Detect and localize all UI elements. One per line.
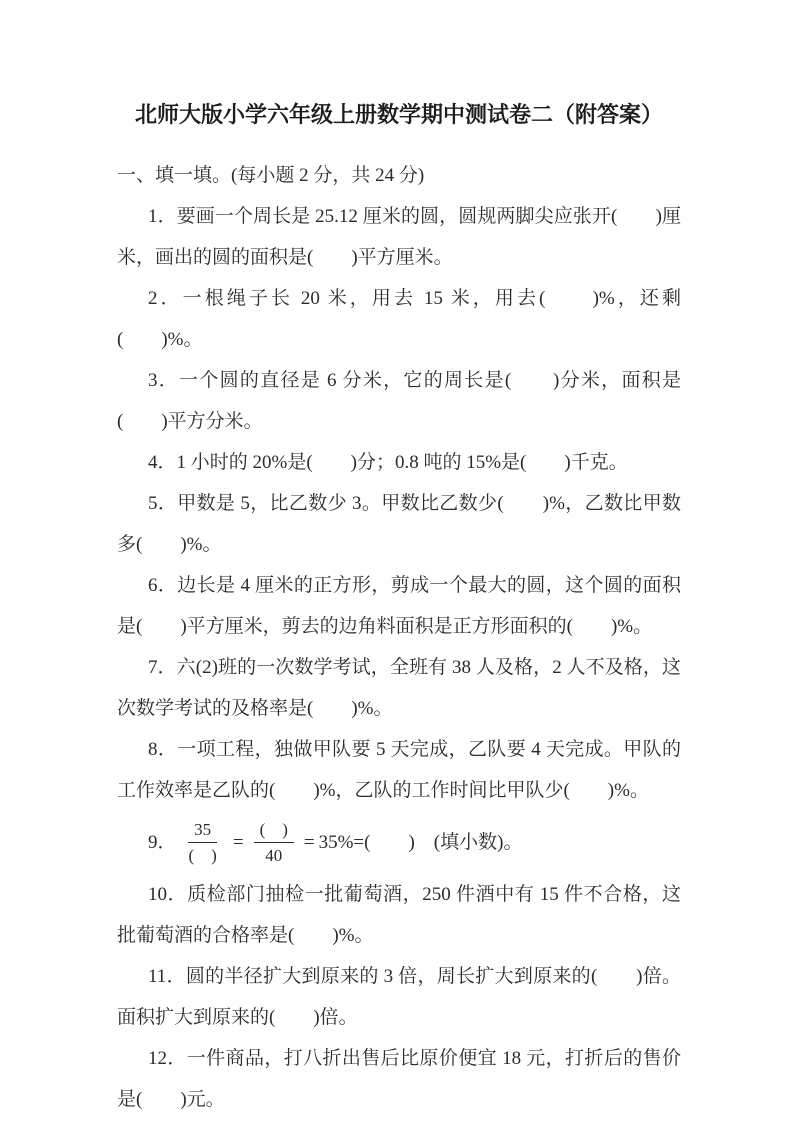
question-11: 11．圆的半径扩大到原来的 3 倍，周长扩大到原来的( )倍。面积扩大到原来的(… (117, 956, 681, 1038)
question-7: 7．六(2)班的一次数学考试，全班有 38 人及格，2 人不及格，这次数学考试的… (117, 647, 681, 729)
fraction-2-denominator: 40 (259, 843, 288, 866)
question-9-rest: 35%=( ) (填小数)。 (319, 822, 523, 863)
fraction-2-numerator: ( ) (254, 819, 294, 843)
fraction-1-denominator: ( ) (183, 843, 223, 866)
equals-sign-2: = (304, 822, 315, 863)
question-12: 12．一件商品，打八折出售后比原价便宜 18 元，打折后的售价是( )元。 (117, 1038, 681, 1120)
page-title: 北师大版小学六年级上册数学期中测试卷二（附答案） (117, 100, 681, 130)
question-3: 3．一个圆的直径是 6 分米，它的周长是( )分米，面积是( )平方分米。 (117, 360, 681, 442)
question-9-number: 9． (148, 822, 177, 863)
fraction-1-numerator: 35 (188, 819, 217, 843)
question-10: 10．质检部门抽检一批葡萄酒，250 件酒中有 15 件不合格，这批葡萄酒的合格… (117, 874, 681, 956)
question-1: 1．要画一个周长是 25.12 厘米的圆，圆规两脚尖应张开( )厘米，画出的圆的… (117, 196, 681, 278)
fraction-1: 35 ( ) (183, 819, 223, 866)
document-page: 北师大版小学六年级上册数学期中测试卷二（附答案） 一、填一填。(每小题 2 分，… (0, 0, 793, 1122)
equals-sign-1: = (233, 822, 244, 863)
question-2: 2．一根绳子长 20 米，用去 15 米，用去( )%，还剩( )%。 (117, 278, 681, 360)
question-8: 8．一项工程，独做甲队要 5 天完成，乙队要 4 天完成。甲队的工作效率是乙队的… (117, 729, 681, 811)
question-6: 6．边长是 4 厘米的正方形，剪成一个最大的圆，这个圆的面积是( )平方厘米，剪… (117, 565, 681, 647)
section-heading: 一、填一填。(每小题 2 分，共 24 分) (117, 155, 681, 196)
fraction-2: ( ) 40 (254, 819, 294, 866)
question-4: 4．1 小时的 20%是( )分；0.8 吨的 15%是( )千克。 (117, 442, 681, 483)
question-5: 5．甲数是 5，比乙数少 3。甲数比乙数少( )%，乙数比甲数多( )%。 (117, 483, 681, 565)
question-9: 9． 35 ( ) = ( ) 40 = 35%=( ) (填小数)。 (117, 811, 681, 874)
